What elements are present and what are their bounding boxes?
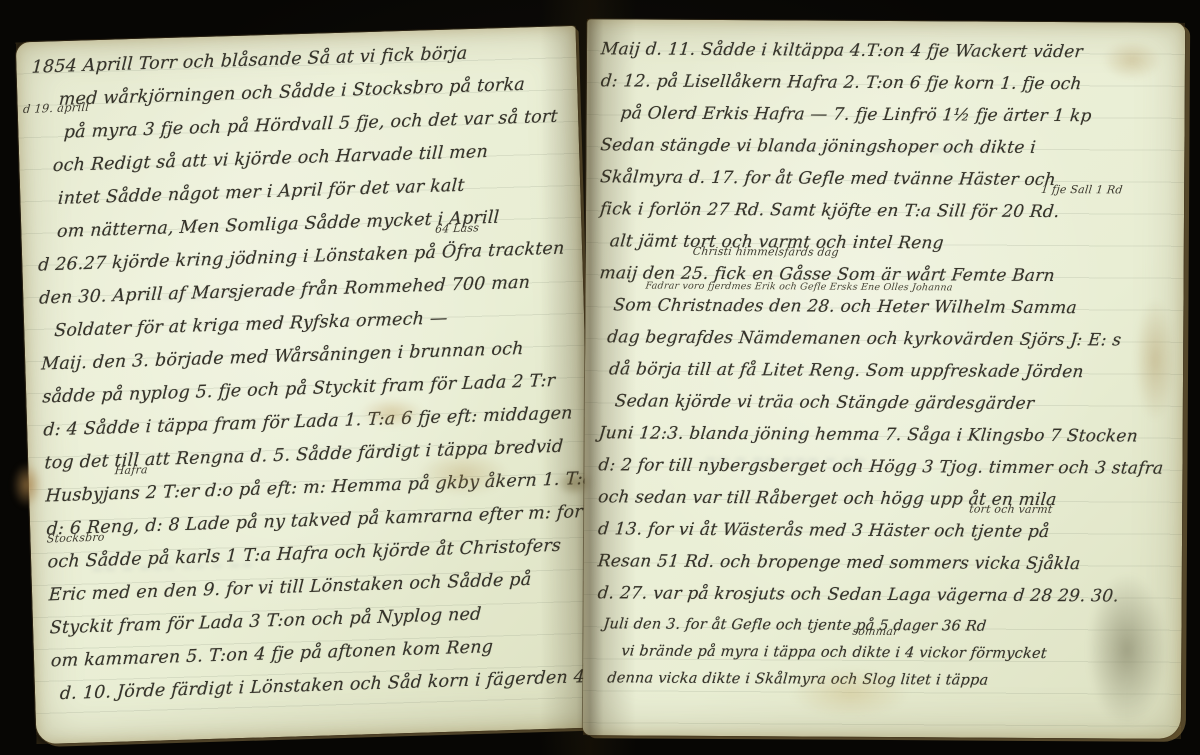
interlinear-note: tort och varmt [969, 504, 1053, 516]
manuscript-line: 1 fje Sall 1 Rdfick i forlön 27 Rd. Samt… [600, 193, 1180, 229]
manuscript-line: då börja till at få Litet Reng. Som uppf… [599, 353, 1179, 389]
manuscript-line: Sedan stängde vi blanda jöningshoper och… [600, 129, 1180, 165]
left-page-text: 1854 Aprill Torr och blåsande Så at vi f… [15, 25, 596, 711]
interlinear-note: 1 fje Sall 1 Rd [1040, 184, 1123, 195]
interlinear-note: Christi himmelsfärds dag [692, 246, 839, 258]
diary-photo: ~ ~ ~~ ~ ~~~ ~ ~~ ~ ~~ ~ ~~~ ~~ ~ ~~ 185… [0, 0, 1200, 755]
manuscript-line: på Olerd Erkis Hafra — 7. fje Linfrö 1½ … [601, 97, 1181, 133]
line-text: Som Christnades den 28. och Heter Wilhel… [612, 289, 1078, 324]
line-text: på Olerd Erkis Hafra — 7. fje Linfrö 1½ … [619, 97, 1093, 132]
line-text: dag begrafdes Nämdemanen och kyrkovärden… [606, 321, 1123, 356]
manuscript-line: tort och varmtd 13. for vi åt Wästerås m… [598, 513, 1178, 549]
line-text: d. 27. var på krosjuts och Sedan Laga vä… [596, 577, 1120, 612]
manuscript-line: dag begrafdes Nämdemanen och kyrkovärden… [599, 321, 1179, 357]
manuscript-line: Fadrar voro fjerdmes Erik och Gefle Ersk… [599, 289, 1179, 325]
line-text: Resan 51 Rd. och bropenge med sommers vi… [596, 545, 1081, 580]
manuscript-line: d: 12. på Lisellåkern Hafra 2. T:on 6 fj… [601, 65, 1181, 101]
line-text: Juni 12:3. blanda jöning hemma 7. Såga i… [597, 417, 1139, 452]
line-text: d 13. for vi åt Wästerås med 3 Häster oc… [597, 513, 1051, 548]
interlinear-note: sommar [852, 626, 899, 637]
manuscript-line: och sedan var till Råberget och högg upp… [598, 481, 1178, 517]
line-text: då börja till at få Litet Reng. Som uppf… [608, 353, 1086, 388]
margin-note: d 19. aprill [23, 102, 90, 115]
interlinear-note: Fadrar voro fjerdmes Erik och Gefle Ersk… [645, 281, 953, 294]
line-text: Maij d. 11. Sådde i kiltäppa 4.T:on 4 fj… [600, 33, 1085, 68]
manuscript-line: denna vicka dikte i Skålmyra och Slog li… [597, 663, 1177, 694]
interlinear-note: 64 Lass [435, 222, 480, 234]
manuscript-line: alt jämt tort och varmt och intel Reng [600, 225, 1180, 261]
manuscript-line: sommarvi brände på myra i täppa och dikt… [597, 636, 1177, 667]
line-text: denna vicka dikte i Skålmyra och Slog li… [606, 665, 990, 694]
line-text: Sedan kjörde vi träa och Stängde gärdesg… [613, 385, 1035, 420]
manuscript-line: Maij d. 11. Sådde i kiltäppa 4.T:on 4 fj… [601, 33, 1181, 69]
manuscript-line: d. 27. var på krosjuts och Sedan Laga vä… [598, 577, 1178, 613]
manuscript-line: Juni 12:3. blanda jöning hemma 7. Såga i… [599, 417, 1179, 453]
manuscript-line: Sedan kjörde vi träa och Stängde gärdesg… [599, 385, 1179, 421]
manuscript-line: d: 2 for till nybergsberget och Högg 3 T… [598, 449, 1178, 485]
right-page-text: Maij d. 11. Sådde i kiltäppa 4.T:on 4 fj… [583, 19, 1185, 694]
line-text: Skålmyra d. 17. for åt Gefle med tvänne … [599, 161, 1058, 196]
left-page: ~ ~ ~~ ~ ~~~ ~ ~~ ~ ~~ ~ ~~~ ~~ ~ ~~ 185… [16, 26, 597, 744]
interlinear-note: Hafra [114, 464, 148, 476]
line-text: d: 12. på Lisellåkern Hafra 2. T:on 6 fj… [599, 65, 1083, 100]
right-page: ~ ~~ ~ ~~~ ~~ ~ ~~ ~ ~~ ~ ~~ ~~~ ~ ~~ Ma… [583, 19, 1185, 739]
line-text: d: 2 for till nybergsberget och Högg 3 T… [597, 449, 1165, 484]
line-text: Sedan stängde vi blanda jöningshoper och… [599, 129, 1037, 164]
interlinear-note: Stocksbro [46, 532, 105, 545]
line-text: fick i forlön 27 Rd. Samt kjöfte en T:a … [599, 193, 1061, 228]
manuscript-line: Resan 51 Rd. och bropenge med sommers vi… [598, 545, 1178, 581]
